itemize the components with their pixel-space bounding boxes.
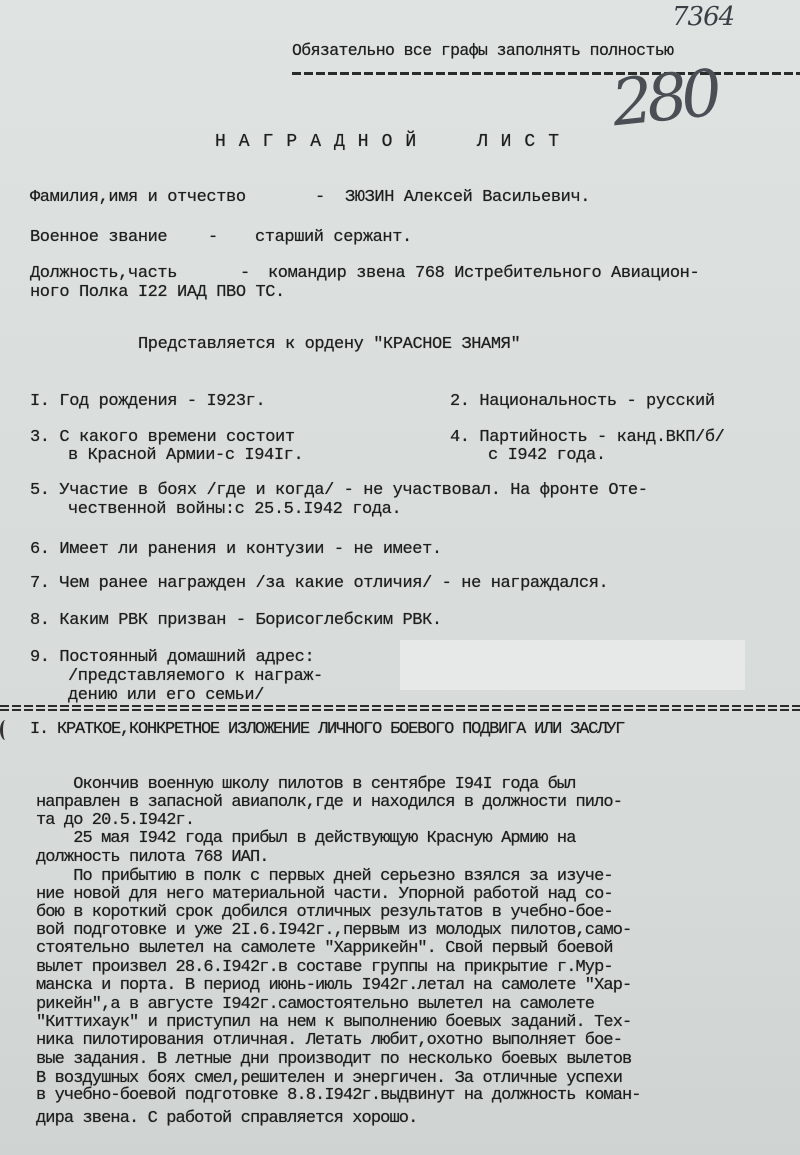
narrative-line: дира звена. С работой справляется хорошо… <box>36 1110 417 1128</box>
item-5-cont: чественной войны:с 25.5.I942 года. <box>68 501 401 519</box>
position-value-line1: командир звена 768 Истребительного Авиац… <box>268 265 699 283</box>
item-7: 7. Чем ранее награжден /за какие отличия… <box>30 575 608 593</box>
narrative-line: направлен в запасной авиаполк,где и нахо… <box>36 794 622 812</box>
double-rule <box>0 705 800 711</box>
narrative-line: ника пилотирования отличная. Летать люби… <box>36 1032 622 1050</box>
name-value: ЗЮЗИН Алексей Васильевич. <box>345 189 590 207</box>
dash: - <box>208 229 218 247</box>
item-4-cont: с I942 года. <box>488 447 606 465</box>
narrative-line: Окончив военную школу пилотов в сентябре… <box>36 776 576 794</box>
item-6: 6. Имеет ли ранения и контузии - не имее… <box>30 541 442 559</box>
item-9-cont1: /представляемого к награж- <box>68 668 323 686</box>
award-line: Представляется к ордену "КРАСНОЕ ЗНАМЯ" <box>138 336 520 354</box>
narrative-line: По прибытию в полк с первых дней серьезн… <box>36 868 613 886</box>
item-8: 8. Каким РВК призван - Борисоглебским РВ… <box>30 612 442 630</box>
handwritten-number: 280 <box>608 57 719 141</box>
narrative-line: "Киттихаук" и приступил на нем к выполне… <box>36 1014 631 1032</box>
narrative-line: вые задания. В летные дни производит по … <box>36 1051 631 1069</box>
section-heading: I. КРАТКОЕ,КОНКРЕТНОЕ ИЗЛОЖЕНИЕ ЛИЧНОГО … <box>30 721 624 739</box>
narrative-line: бою в короткий срок добился отличных рез… <box>36 904 613 922</box>
item-3: 3. С какого времени состоит <box>30 429 295 447</box>
narrative-line: должность пилота 768 ИАП. <box>36 849 269 867</box>
item-9-cont2: дению или его семьи/ <box>68 687 264 705</box>
item-1: I. Год рождения - I923г. <box>30 393 265 411</box>
item-4: 4. Партийность - канд.ВКП/б/ <box>450 429 724 447</box>
rank-value: старший сержант. <box>255 229 412 247</box>
position-value-line2: ного Полка I22 ИАД ПВО ТС. <box>30 284 285 302</box>
dash: - <box>240 265 250 283</box>
award-sheet-page: 7364 Обязательно все графы заполнять пол… <box>0 0 800 1155</box>
narrative-line: ние новой для него материальной части. У… <box>36 886 613 904</box>
narrative-line: рикейн",а в августе I942г.самостоятельно… <box>36 996 594 1014</box>
redacted-address <box>400 640 745 690</box>
page-edge-mark <box>0 720 11 740</box>
narrative-line: 25 мая I942 года прибыл в действующую Кр… <box>36 830 576 848</box>
narrative-line: та до 20.5.I942г. <box>36 812 194 830</box>
document-title: НАГРАДНОЙ ЛИСТ <box>215 133 572 151</box>
narrative-line: вылет произвел 28.6.I942г.в составе груп… <box>36 959 613 977</box>
narrative-line: в учебно-боевой подготовке 8.8.I942г.выд… <box>36 1087 641 1105</box>
archive-number: 7364 <box>672 2 734 32</box>
instruction-line: Обязательно все графы заполнять полность… <box>292 42 673 60</box>
dashed-rule <box>292 72 800 75</box>
item-9: 9. Постоянный домашний адрес: <box>30 649 314 667</box>
item-3-cont: в Красной Армии-с I94Iг. <box>68 447 303 465</box>
dash: - <box>315 189 325 207</box>
narrative-line: вой подготовке и уже 2I.6.I942г.,первым … <box>36 922 631 940</box>
narrative-line: стоятельно вылетел на самолете "Харрикей… <box>36 940 613 958</box>
rank-label: Военное звание <box>30 229 167 247</box>
position-label: Должность,часть <box>30 265 177 283</box>
narrative-line: манска и порта. В период июнь-июль I942г… <box>36 977 631 995</box>
item-2: 2. Национальность - русский <box>450 393 715 411</box>
item-5: 5. Участие в боях /где и когда/ - не уча… <box>30 482 648 500</box>
name-label: Фамилия,имя и отчество <box>30 189 246 207</box>
